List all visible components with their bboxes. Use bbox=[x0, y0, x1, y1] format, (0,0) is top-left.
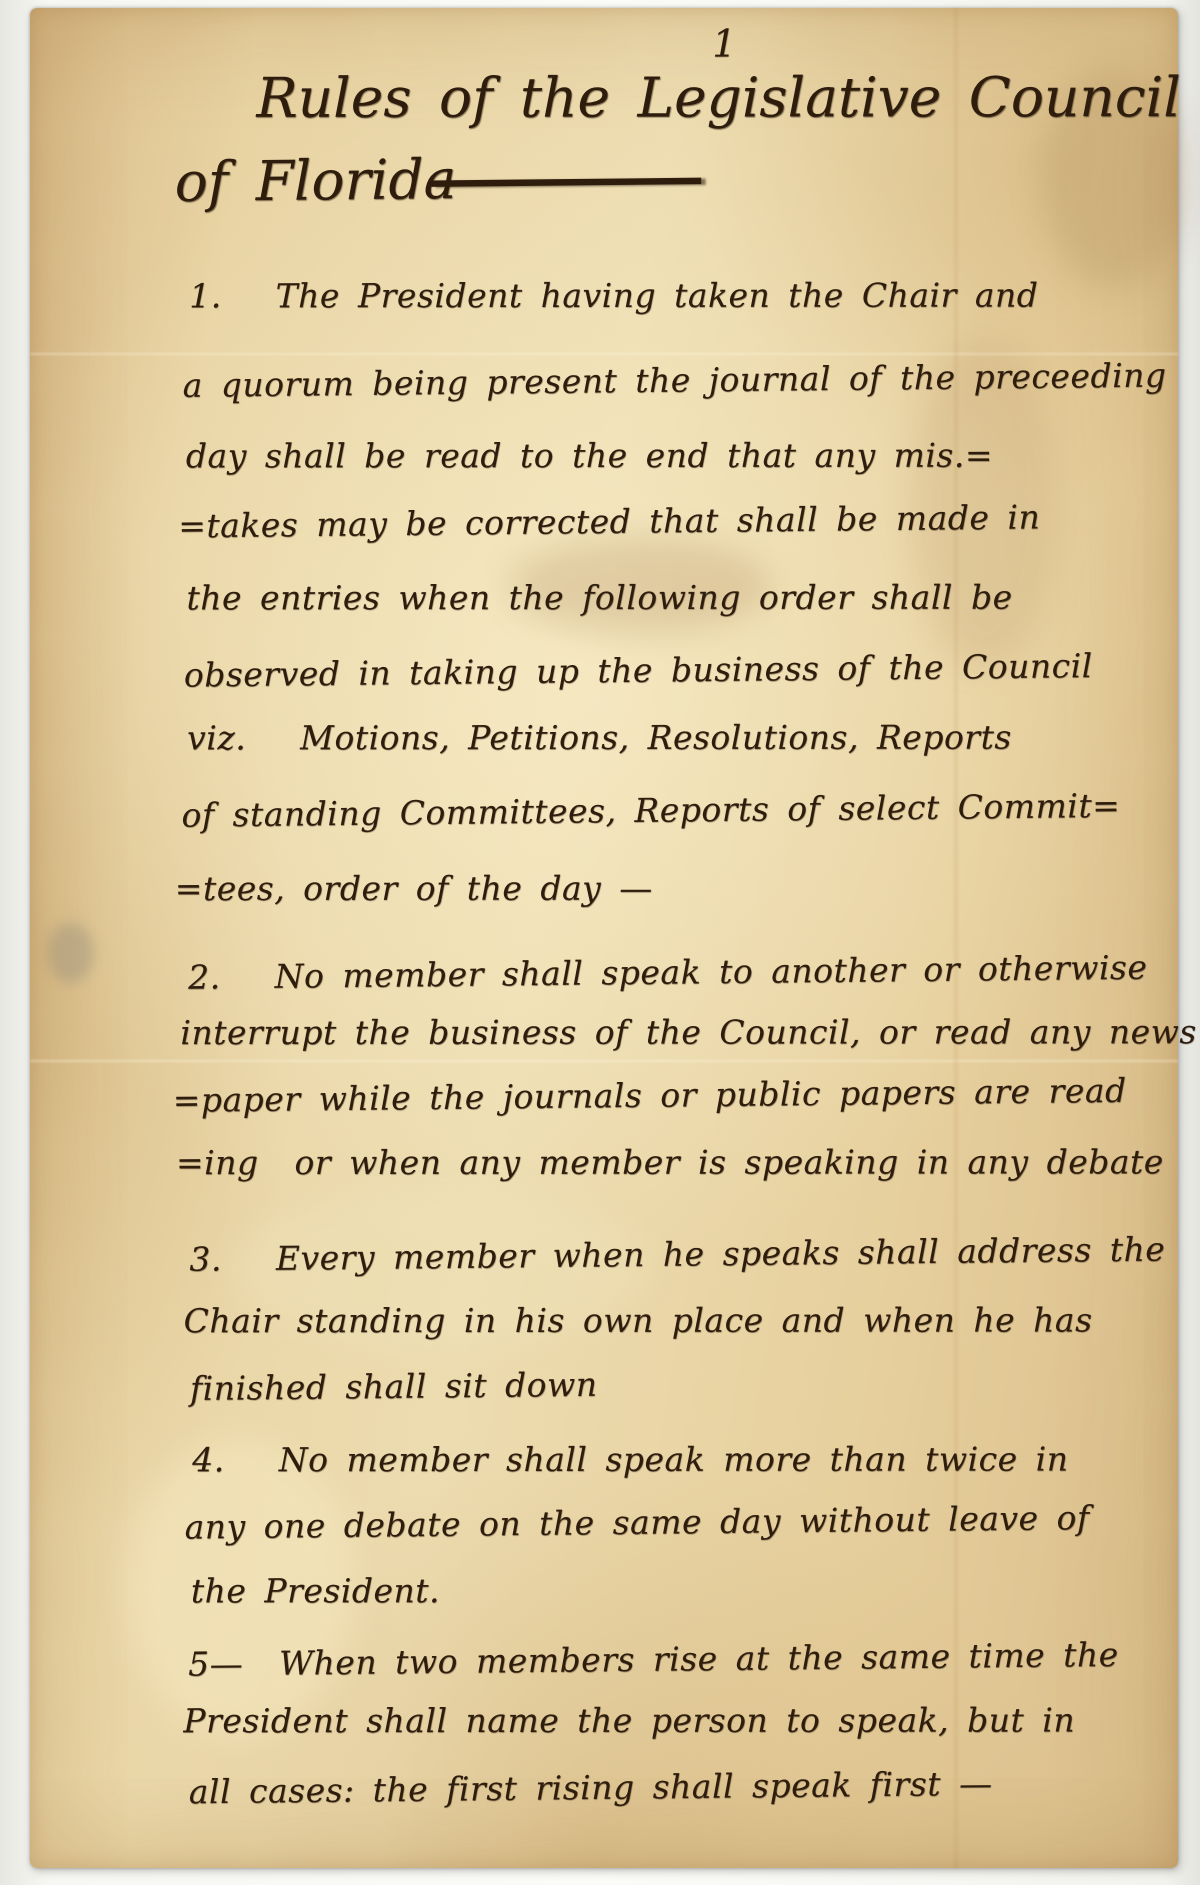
rule-2-line-2: interrupt the business of the Council, o… bbox=[180, 1012, 1196, 1052]
rule-5-line-2: President shall name the person to speak… bbox=[183, 1701, 1075, 1741]
rule-2-line-3: =paper while the journals or public pape… bbox=[173, 1071, 1127, 1120]
rule-5-line-3: all cases: the first rising shall speak … bbox=[189, 1764, 993, 1811]
rule-1-line-7: viz. Motions, Petitions, Resolutions, Re… bbox=[187, 718, 1012, 758]
manuscript-photo: { "document": { "page_number": "1", "tit… bbox=[0, 0, 1200, 1885]
title-line-2: of Florida — bbox=[174, 145, 539, 214]
rule-1-line-8: of standing Committees, Reports of selec… bbox=[181, 786, 1120, 835]
manuscript-page: 1 Rules of the Legislative Council of Fl… bbox=[30, 8, 1178, 1868]
rule-5-line-1: 5— When two members rise at the same tim… bbox=[188, 1635, 1119, 1684]
rule-4-line-2: any one debate on the same day without l… bbox=[184, 1498, 1089, 1546]
title-line-1: Rules of the Legislative Council bbox=[256, 65, 1181, 130]
rule-1-line-1: 1. The President having taken the Chair … bbox=[189, 276, 1038, 316]
rule-3-line-2: Chair standing in his own place and when… bbox=[184, 1300, 1093, 1340]
handwritten-text: 1 Rules of the Legislative Council of Fl… bbox=[26, 6, 1182, 1871]
rule-3-line-3: finished shall sit down bbox=[190, 1365, 598, 1408]
rule-3-line-1: 3. Every member when he speaks shall add… bbox=[189, 1230, 1165, 1279]
rule-2-line-4: =ing or when any member is speaking in a… bbox=[176, 1142, 1164, 1182]
rule-4-line-3: the President. bbox=[191, 1571, 440, 1610]
rule-4-line-1: 4. No member shall speak more than twice… bbox=[192, 1440, 1068, 1480]
rule-1-line-3: day shall be read to the end that any mi… bbox=[186, 436, 993, 476]
title-flourish: — bbox=[415, 143, 718, 211]
rule-1-line-9: =tees, order of the day — bbox=[175, 869, 653, 908]
rule-1-line-2: a quorum being present the journal of th… bbox=[182, 356, 1166, 405]
rule-2-line-1: 2. No member shall speak to another or o… bbox=[188, 948, 1148, 997]
rule-1-line-5: the entries when the following order sha… bbox=[186, 578, 1012, 618]
rule-1-line-4: =takes may be corrected that shall be ma… bbox=[178, 497, 1040, 545]
rule-1-line-6: observed in taking up the business of th… bbox=[184, 646, 1093, 695]
page-number: 1 bbox=[712, 21, 737, 65]
